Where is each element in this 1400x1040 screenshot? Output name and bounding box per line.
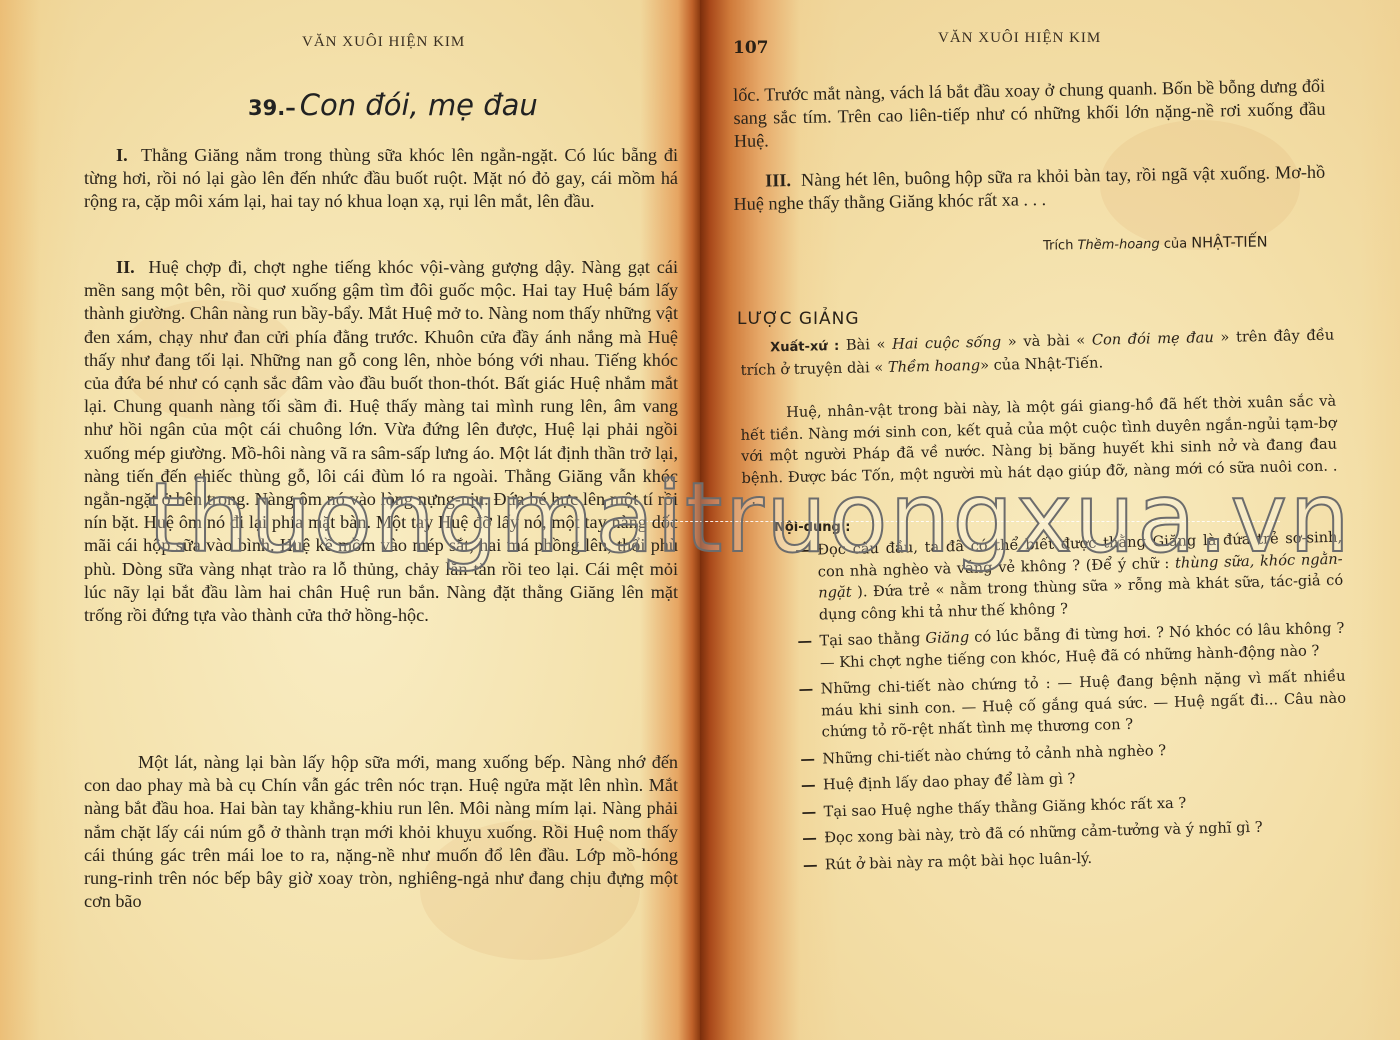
section-2-text: Huệ chợp đi, chợt nghe tiếng khóc vội-và…	[84, 257, 678, 625]
running-head-right: VĂN XUÔI HIỆN KIM	[938, 30, 1101, 47]
source-attribution: Trích Thềm-hoang của NHẬT-TIẾN	[1043, 234, 1268, 253]
summary-text: Huệ, nhân-vật trong bài này, là một gái …	[740, 393, 1337, 508]
question-item: —Những chi-tiết nào chứng tỏ : — Huệ đan…	[800, 666, 1346, 744]
question-text: Những chi-tiết nào chứng tỏ : — Huệ đang…	[820, 668, 1346, 741]
dash-bullet: —	[801, 801, 816, 823]
question-item: —Đọc câu đầu, ta đã có thể biết được thằ…	[797, 527, 1344, 626]
running-head-left: VĂN XUÔI HIỆN KIM	[302, 34, 465, 51]
continuation-text: lốc. Trước mắt nàng, vách lá bắt đầu xoa…	[733, 76, 1326, 152]
dash-bullet: —	[803, 854, 818, 876]
attribution-author: NHẬT-TIẾN	[1191, 234, 1267, 251]
lesson-title: 39.–Con đói, mẹ đau	[248, 88, 538, 122]
dash-bullet: —	[795, 540, 810, 562]
character-summary: Huệ, nhân-vật trong bài này, là một gái …	[740, 391, 1338, 511]
question-item: —Tại sao thằng Giăng có lúc bẵng đi từng…	[799, 618, 1345, 674]
section-1-text: Thằng Giăng nằm trong thùng sữa khóc lên…	[84, 145, 678, 211]
question-text: ). Đứa trẻ « nằm trong thùng sữa » rỗng …	[819, 572, 1344, 623]
lesson-title-text: Con đói, mẹ đau	[300, 88, 538, 122]
dash-bullet: —	[798, 679, 813, 701]
lesson-number: 39.–	[248, 96, 296, 120]
dash-bullet: —	[800, 748, 815, 770]
section-marker: III.	[765, 170, 791, 190]
dash-bullet: —	[802, 828, 817, 850]
origin-text: » và bài «	[1008, 332, 1086, 351]
attribution-prefix: Trích	[1043, 238, 1074, 253]
section-2b-text: Một lát, nàng lại bàn lấy hộp sữa mới, m…	[84, 752, 678, 911]
section-marker: I.	[116, 145, 128, 165]
question-text: Đọc xong bài này, trò đã có những cảm-tư…	[824, 819, 1263, 847]
question-text: Tại sao Huệ nghe thấy thằng Giăng khóc r…	[823, 794, 1186, 820]
question-text: Những chi-tiết nào chứng tỏ cảnh nhà ngh…	[822, 742, 1166, 767]
question-emphasis: Giăng	[925, 629, 969, 647]
section-1: I. Thằng Giăng nằm trong thùng sữa khóc …	[84, 144, 678, 214]
attribution-work: Thềm-hoang	[1077, 237, 1159, 253]
section-2-continued: Một lát, nàng lại bàn lấy hộp sữa mới, m…	[84, 751, 678, 913]
dash-bullet: —	[797, 631, 812, 653]
section-2: II. Huệ chợp đi, chợt nghe tiếng khóc vộ…	[84, 256, 678, 627]
origin-label: Xuất-xứ :	[770, 339, 839, 355]
question-text: Tại sao thằng	[819, 630, 925, 650]
origin-work: Con đói mẹ đau	[1092, 329, 1214, 349]
content-questions-label: Nội-dung :	[774, 520, 851, 535]
dash-bullet: —	[801, 775, 816, 797]
watermark-dashed-line	[640, 521, 1280, 522]
left-page: VĂN XUÔI HIỆN KIM 39.–Con đói, mẹ đau I.…	[0, 0, 700, 1040]
book-spread: VĂN XUÔI HIỆN KIM 39.–Con đói, mẹ đau I.…	[0, 0, 1400, 1040]
origin-work: Hai cuộc sống	[892, 334, 1001, 353]
commentary-heading: LƯỢC GIẢNG	[737, 309, 860, 329]
section-marker: II.	[116, 257, 135, 277]
page-number: 107	[733, 38, 769, 58]
section-3-text: Nàng hét lên, buông hộp sữa ra khỏi bàn …	[733, 162, 1325, 214]
question-list: —Đọc câu đầu, ta đã có thể biết được thằ…	[797, 527, 1350, 881]
section-3: III. Nàng hét lên, buông hộp sữa ra khỏi…	[733, 161, 1326, 217]
origin-text: » của Nhật-Tiến.	[980, 354, 1103, 374]
question-text: Rút ở bài này ra một bài học luân-lý.	[825, 849, 1092, 873]
origin-text: Bài «	[846, 336, 886, 354]
question-text: Huệ định lấy dao phay để làm gì ?	[823, 770, 1076, 793]
story-continuation: lốc. Trước mắt nàng, vách lá bắt đầu xoa…	[733, 75, 1326, 154]
attribution-of: của	[1164, 237, 1188, 252]
origin-work: Thềm hoang	[888, 356, 981, 375]
